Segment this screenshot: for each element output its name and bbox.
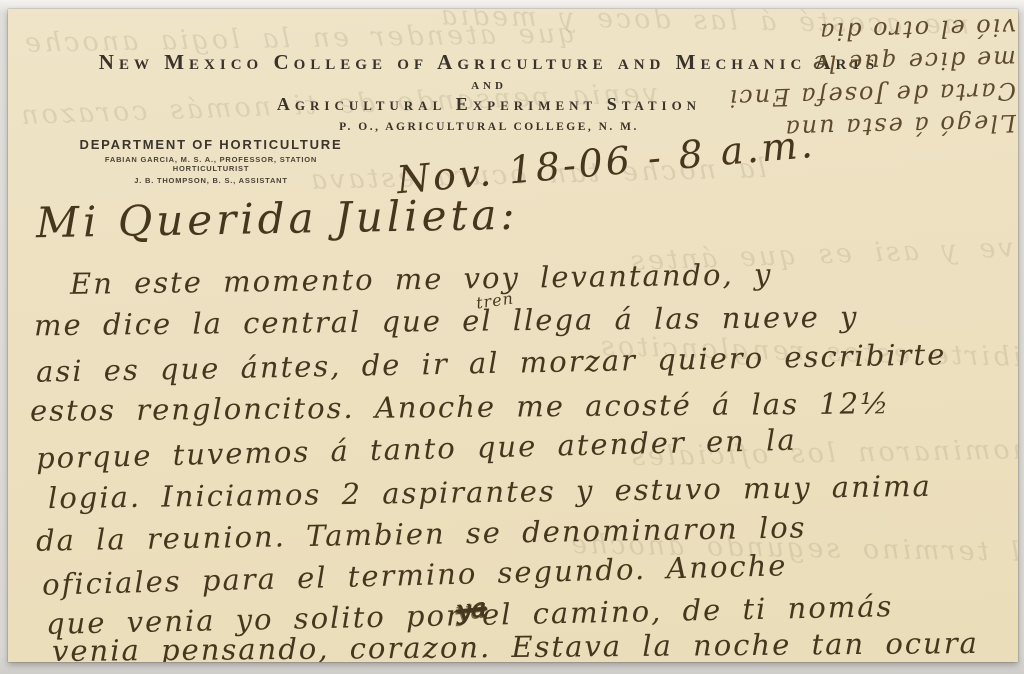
department-title: DEPARTMENT OF HORTICULTURE — [66, 137, 356, 152]
letter-line: logia. Iniciamos 2 aspirantes y estuvo m… — [48, 469, 932, 515]
letter-line: asi es que ántes, de ir al morzar quiero… — [36, 337, 947, 388]
letter-paper: que atender en la logia anoche venia pen… — [8, 9, 1018, 662]
letter-line: estos rengloncitos. Anoche me acosté á l… — [30, 386, 890, 428]
letter-line: En este momento me voy levantando, y — [70, 257, 773, 301]
margin-note-upside-down: Llegó á esta una Carta de Josefa Enci me… — [696, 15, 1016, 143]
department-staff-line: FABIAN GARCIA, M. S. A., PROFESSOR, STAT… — [66, 155, 356, 173]
letter-line: porque tuvemos á tanto que atender en la — [36, 423, 797, 476]
salutation: Mi Querida Julieta: — [36, 190, 519, 247]
scanned-letter-background: que atender en la logia anoche venia pen… — [0, 0, 1024, 674]
letter-line: me dice la central que el llega á las nu… — [34, 300, 859, 343]
department-block: DEPARTMENT OF HORTICULTURE FABIAN GARCIA… — [66, 137, 356, 185]
department-staff-line: J. B. THOMPSON, B. S., ASSISTANT — [66, 176, 356, 185]
crossed-out-scribble: ya — [455, 593, 488, 626]
